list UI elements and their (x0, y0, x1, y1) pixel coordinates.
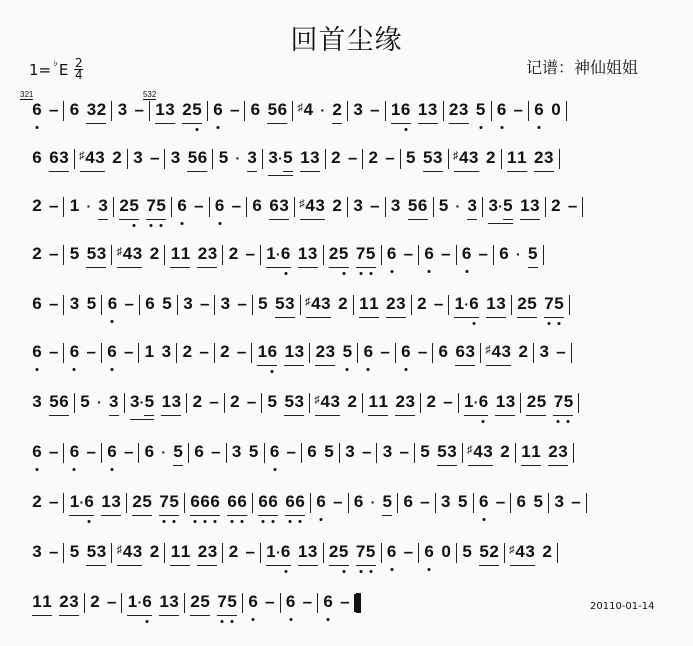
low-octave-dot (160, 224, 163, 227)
low-octave-dot (428, 568, 431, 571)
measure: 6– (215, 196, 241, 216)
note: 5 (169, 492, 179, 512)
note: 2 (551, 196, 561, 216)
beamed-group: 3·5 (488, 196, 513, 224)
note: 3 (405, 392, 415, 412)
hold-dash: – (496, 492, 505, 512)
note: 3 (428, 100, 438, 120)
note: 3 (220, 294, 230, 314)
note: 1 (69, 492, 79, 512)
low-octave-dot (146, 620, 149, 623)
barline (323, 245, 324, 265)
low-octave-dot (216, 126, 219, 129)
measure: 6·5 (499, 244, 538, 268)
measure: 5·3 (218, 148, 257, 172)
barline (309, 393, 310, 413)
barline (262, 149, 263, 169)
beamed-group: 11 (368, 392, 388, 416)
barline (432, 343, 433, 363)
beamed-group: 4♯3 (300, 196, 325, 220)
note: 6 (250, 100, 260, 120)
hold-dash: – (200, 294, 209, 314)
key-note: E (59, 61, 68, 79)
note: 2 (149, 542, 159, 562)
measure: 1123 (32, 592, 79, 616)
beamed-group: 63 (455, 342, 475, 366)
hold-dash: – (49, 542, 58, 562)
measure: 2– (331, 148, 357, 168)
barline (164, 149, 165, 169)
barline (261, 393, 262, 413)
note: 1 (284, 342, 294, 362)
barline (126, 493, 127, 513)
measure: 60 (534, 100, 561, 120)
note: 4♯ (122, 244, 132, 264)
barline (222, 245, 223, 265)
note: 6 (438, 342, 448, 362)
note: 5 (554, 294, 564, 314)
barline (456, 245, 457, 265)
barline (177, 295, 178, 315)
beamed-group: 11 (170, 244, 190, 268)
beamed-group: 13 (101, 492, 121, 516)
score-title: 回首尘缘 (0, 18, 693, 57)
note: 2 (230, 392, 240, 412)
note: 2 (228, 542, 238, 562)
hold-dash: – (514, 100, 523, 120)
note: 3 (294, 342, 304, 362)
note: 2 (192, 392, 202, 412)
measure: 6– (403, 492, 429, 512)
barline (381, 245, 382, 265)
measure: 6– (32, 294, 58, 314)
note: 6 (307, 442, 317, 462)
note: 6 (424, 244, 434, 264)
barline (171, 197, 172, 217)
measure: 6– (363, 342, 389, 362)
note: 6 (499, 244, 509, 264)
measure: 6– (32, 442, 58, 462)
note: 2 (197, 542, 207, 562)
beamed-group: 23 (386, 294, 406, 318)
low-octave-dot (272, 520, 275, 523)
note: 3 (285, 294, 295, 314)
barline (515, 443, 516, 463)
measure: 6– (270, 442, 296, 462)
note: 6 (462, 244, 472, 264)
barline (309, 343, 310, 363)
beamed-group: 53 (86, 542, 106, 566)
measure: 1·613 (69, 492, 121, 516)
barline (504, 543, 505, 563)
hold-dash: – (49, 196, 58, 216)
beamed-group: 4♯3 (315, 392, 340, 416)
barline (482, 197, 483, 217)
low-octave-dot (284, 272, 287, 275)
barline (385, 197, 386, 217)
beamed-group: 75 (356, 542, 376, 566)
note: 6 (387, 244, 397, 264)
note: 4♯ (491, 342, 501, 362)
measure: 663 (252, 196, 289, 220)
note: 5 (267, 392, 277, 412)
barline (63, 295, 64, 315)
low-octave-dot (133, 224, 136, 227)
measure: 6– (424, 244, 450, 264)
measure: 2575 (190, 592, 237, 616)
beamed-group: 3 (109, 392, 119, 416)
hold-dash: – (107, 592, 116, 612)
note: 1 (495, 392, 505, 412)
barline (414, 443, 415, 463)
note: 6 (534, 100, 544, 120)
note: 5 (437, 442, 447, 462)
measure: 235 (449, 100, 486, 124)
note: 1 (464, 392, 474, 412)
note: 6 (177, 196, 187, 216)
measure: 3– (353, 196, 379, 216)
beamed-group: 53 (275, 294, 295, 318)
measure: 663 (32, 148, 69, 172)
beamed-group: 23 (59, 592, 79, 616)
beamed-group: 13 (486, 294, 506, 318)
barline (184, 593, 185, 613)
low-octave-dot (110, 368, 113, 371)
score-line: 2–5534♯3211232–1·61325756–6–6–6·5 (32, 244, 549, 284)
beamed-group: 1·6 (266, 542, 291, 566)
transcriber-credit: 记谱：神仙姐姐 (526, 55, 638, 78)
measure: 235 (315, 342, 352, 366)
measure: 6– (107, 342, 133, 362)
barline (264, 443, 265, 463)
measure: 66666 (190, 492, 247, 516)
beamed-group: 13 (159, 592, 179, 616)
note: 2 (149, 244, 159, 264)
score-line: 11232–1·61325756–6–6– (32, 592, 361, 632)
measure: 1123 (170, 542, 217, 566)
beamed-group: 52 (479, 542, 499, 566)
note: 5 (192, 100, 202, 120)
hold-dash: – (568, 196, 577, 216)
note: 2 (119, 196, 129, 216)
note: 6 (323, 592, 333, 612)
beamed-group: 13 (495, 392, 515, 416)
note: 1 (531, 442, 541, 462)
note: 2 (395, 392, 405, 412)
low-octave-dot (36, 468, 39, 471)
score-line: 2–1·61325756666666666–6·56–356–653– (32, 492, 592, 532)
beamed-group: 5 (382, 492, 392, 516)
augmentation-dot: · (235, 148, 240, 168)
hold-dash: – (237, 294, 246, 314)
note: 5 (267, 100, 277, 120)
beamed-group: 63 (269, 196, 289, 220)
hold-dash: – (265, 592, 274, 612)
note: 3 (525, 542, 535, 562)
hold-dash: – (385, 148, 394, 168)
beamed-group: 25 (182, 100, 202, 124)
note: 6 (32, 100, 42, 120)
low-octave-dot (369, 570, 372, 573)
barline (510, 493, 511, 513)
note: 5 (249, 442, 259, 462)
note: 3 (161, 342, 171, 362)
measure: 3– (183, 294, 209, 314)
measure: 1123 (359, 294, 406, 318)
low-octave-dot (173, 520, 176, 523)
beamed-group: 13 (418, 100, 438, 124)
note: 3 (32, 392, 42, 412)
beamed-group: 11 (170, 542, 190, 566)
hold-dash: – (245, 542, 254, 562)
barline (63, 343, 64, 363)
low-octave-dot (273, 468, 276, 471)
hold-dash: – (434, 294, 443, 314)
score-line: 3–5534♯3211232–1·61325756–605524♯32 (32, 542, 563, 582)
note: 1 (127, 592, 137, 612)
note: 5 (284, 392, 294, 412)
note: 2 (96, 100, 106, 120)
measure: 4♯·2 (298, 100, 342, 124)
note: 3 (544, 148, 554, 168)
beamed-group: 13 (298, 244, 318, 268)
note: 6 (194, 442, 204, 462)
measure: 3– (345, 442, 371, 462)
barline (571, 343, 572, 363)
barline (127, 149, 128, 169)
low-octave-dot (88, 520, 91, 523)
barline (222, 543, 223, 563)
note: 2 (329, 244, 339, 264)
note: 2 (518, 342, 528, 362)
hold-dash: – (404, 244, 413, 264)
time-signature: 2 4 (74, 58, 83, 81)
note: 3 (95, 148, 105, 168)
note: 2 (315, 342, 325, 362)
barline (121, 593, 122, 613)
note: 2 (197, 244, 207, 264)
measure: 6– (401, 342, 427, 362)
measure: 356 (32, 392, 69, 416)
measure: 6– (286, 592, 312, 612)
note: 2 (500, 442, 510, 462)
barline (548, 493, 549, 513)
low-octave-dot (204, 520, 207, 523)
measure: 6– (194, 442, 220, 462)
barline (294, 197, 295, 217)
note: 3 (488, 196, 498, 220)
low-octave-dot (327, 618, 330, 621)
note: 6 (403, 492, 413, 512)
augmentation-dot: · (371, 492, 376, 512)
measure: 553 (267, 392, 304, 416)
barline (395, 343, 396, 363)
barline (586, 493, 587, 513)
hold-dash: – (399, 442, 408, 462)
measure: 6– (69, 442, 95, 462)
note: 6 (277, 100, 287, 120)
hold-dash: – (124, 442, 133, 462)
barline (260, 245, 261, 265)
barline (458, 393, 459, 413)
barline (207, 101, 208, 121)
beamed-group: 1·6 (127, 592, 152, 616)
beamed-group: 53 (437, 442, 457, 466)
barline (226, 443, 227, 463)
measure: 1·613 (454, 294, 506, 318)
note: 6 (281, 244, 291, 264)
low-octave-dot (73, 468, 76, 471)
hold-dash: – (49, 100, 58, 120)
hold-dash: – (441, 244, 450, 264)
beamed-group: 4♯3 (454, 148, 479, 172)
note: 4♯ (85, 148, 95, 168)
date-stamp: 20110-01-14 (590, 601, 654, 612)
note: 6 (479, 492, 489, 512)
beamed-group: 75 (544, 294, 564, 318)
measure: 4♯32 (315, 392, 357, 416)
note: 2 (329, 542, 339, 562)
note: 7 (217, 592, 227, 612)
measure: 2– (32, 492, 58, 512)
hold-dash: – (443, 392, 452, 412)
hold-dash: – (86, 442, 95, 462)
note: 5 (218, 148, 228, 168)
barline (339, 443, 340, 463)
barline (139, 295, 140, 315)
note: 5 (324, 442, 334, 462)
beamed-group: 25 (190, 592, 210, 616)
measure: 3– (117, 100, 143, 120)
note: 6 (281, 542, 291, 562)
note: 5 (69, 542, 79, 562)
note: 5 (187, 148, 197, 168)
note: 3 (32, 542, 42, 562)
augmentation-dot: · (97, 392, 102, 412)
barline (212, 149, 213, 169)
barline (292, 101, 293, 121)
note: 5 (420, 442, 430, 462)
beamed-group: 66 (285, 492, 305, 516)
note: 2 (32, 196, 42, 216)
beamed-group: 4♯3 (117, 244, 142, 268)
barline (543, 245, 544, 265)
beamed-group: 3 (247, 148, 257, 172)
hold-dash: – (348, 148, 357, 168)
note: 2 (489, 542, 499, 562)
barline (111, 245, 112, 265)
beamed-group: 25 (526, 392, 546, 416)
measure: 2– (32, 244, 58, 264)
note: 5 (144, 392, 154, 412)
beamed-group: 23 (534, 148, 554, 172)
measure: 553 (420, 442, 457, 466)
beamed-group: 4♯3 (510, 542, 535, 566)
note: 2 (182, 342, 192, 362)
note: 1 (300, 148, 310, 168)
note: 2 (368, 148, 378, 168)
note: 1 (170, 542, 180, 562)
measure: 663 (438, 342, 475, 366)
measure: 4♯32 (80, 148, 122, 172)
note: 1 (180, 244, 190, 264)
measure: 6·5 (144, 442, 183, 466)
low-octave-dot (252, 618, 255, 621)
note: 2 (332, 196, 342, 216)
flat-icon: ♭ (53, 58, 58, 69)
measure: 4♯32 (468, 442, 510, 466)
hold-dash: – (124, 294, 133, 314)
note: 3 (170, 148, 180, 168)
note: 6 (285, 492, 295, 512)
note: 5 (275, 294, 285, 314)
note: 6 (107, 294, 117, 314)
note: 3 (382, 442, 392, 462)
note: 2 (112, 148, 122, 168)
hold-dash: – (333, 492, 342, 512)
low-octave-dot (359, 570, 362, 573)
measure: 2– (90, 592, 116, 612)
note: 1 (257, 342, 267, 362)
note: 6 (210, 492, 220, 512)
note: 6 (32, 442, 42, 462)
note: 6 (418, 196, 428, 216)
note: 1 (418, 100, 428, 120)
measure: 6– (323, 592, 349, 612)
barline (214, 343, 215, 363)
beamed-group: 11 (507, 148, 527, 172)
measure: 4♯32 (117, 244, 159, 268)
hold-dash: – (49, 342, 58, 362)
measure: 2– (230, 392, 256, 412)
barline (164, 245, 165, 265)
beamed-group: 53 (284, 392, 304, 416)
measure: 2575 (526, 392, 573, 416)
note: 2 (90, 592, 100, 612)
low-octave-dot (346, 368, 349, 371)
note: 3 (165, 100, 175, 120)
note: 5 (200, 592, 210, 612)
note: 2 (534, 148, 544, 168)
note: 5 (423, 148, 433, 168)
score-line: 6–6–6–6·56–356–653–3–5534♯321123 (32, 442, 579, 482)
low-octave-dot (548, 322, 551, 325)
hold-dash: – (287, 442, 296, 462)
barline (545, 197, 546, 217)
note: 1 (520, 196, 530, 216)
hold-dash: – (362, 442, 371, 462)
barline (124, 393, 125, 413)
note: 6 (248, 592, 258, 612)
note: 5 (49, 392, 59, 412)
note: 3 (391, 196, 401, 216)
note: 5 (258, 294, 268, 314)
note: 6 (268, 492, 278, 512)
low-octave-dot (473, 322, 476, 325)
note: 5 (533, 492, 543, 512)
barline (448, 149, 449, 169)
beamed-group: 25 (329, 244, 349, 268)
barline (63, 493, 64, 513)
measure: 1123 (368, 392, 415, 416)
note: 5 (339, 542, 349, 562)
barline (376, 443, 377, 463)
note: 3 (133, 148, 143, 168)
low-octave-dot (73, 368, 76, 371)
note: 3 (109, 392, 119, 412)
beamed-group: 13 (284, 342, 304, 366)
low-octave-dot (181, 222, 184, 225)
